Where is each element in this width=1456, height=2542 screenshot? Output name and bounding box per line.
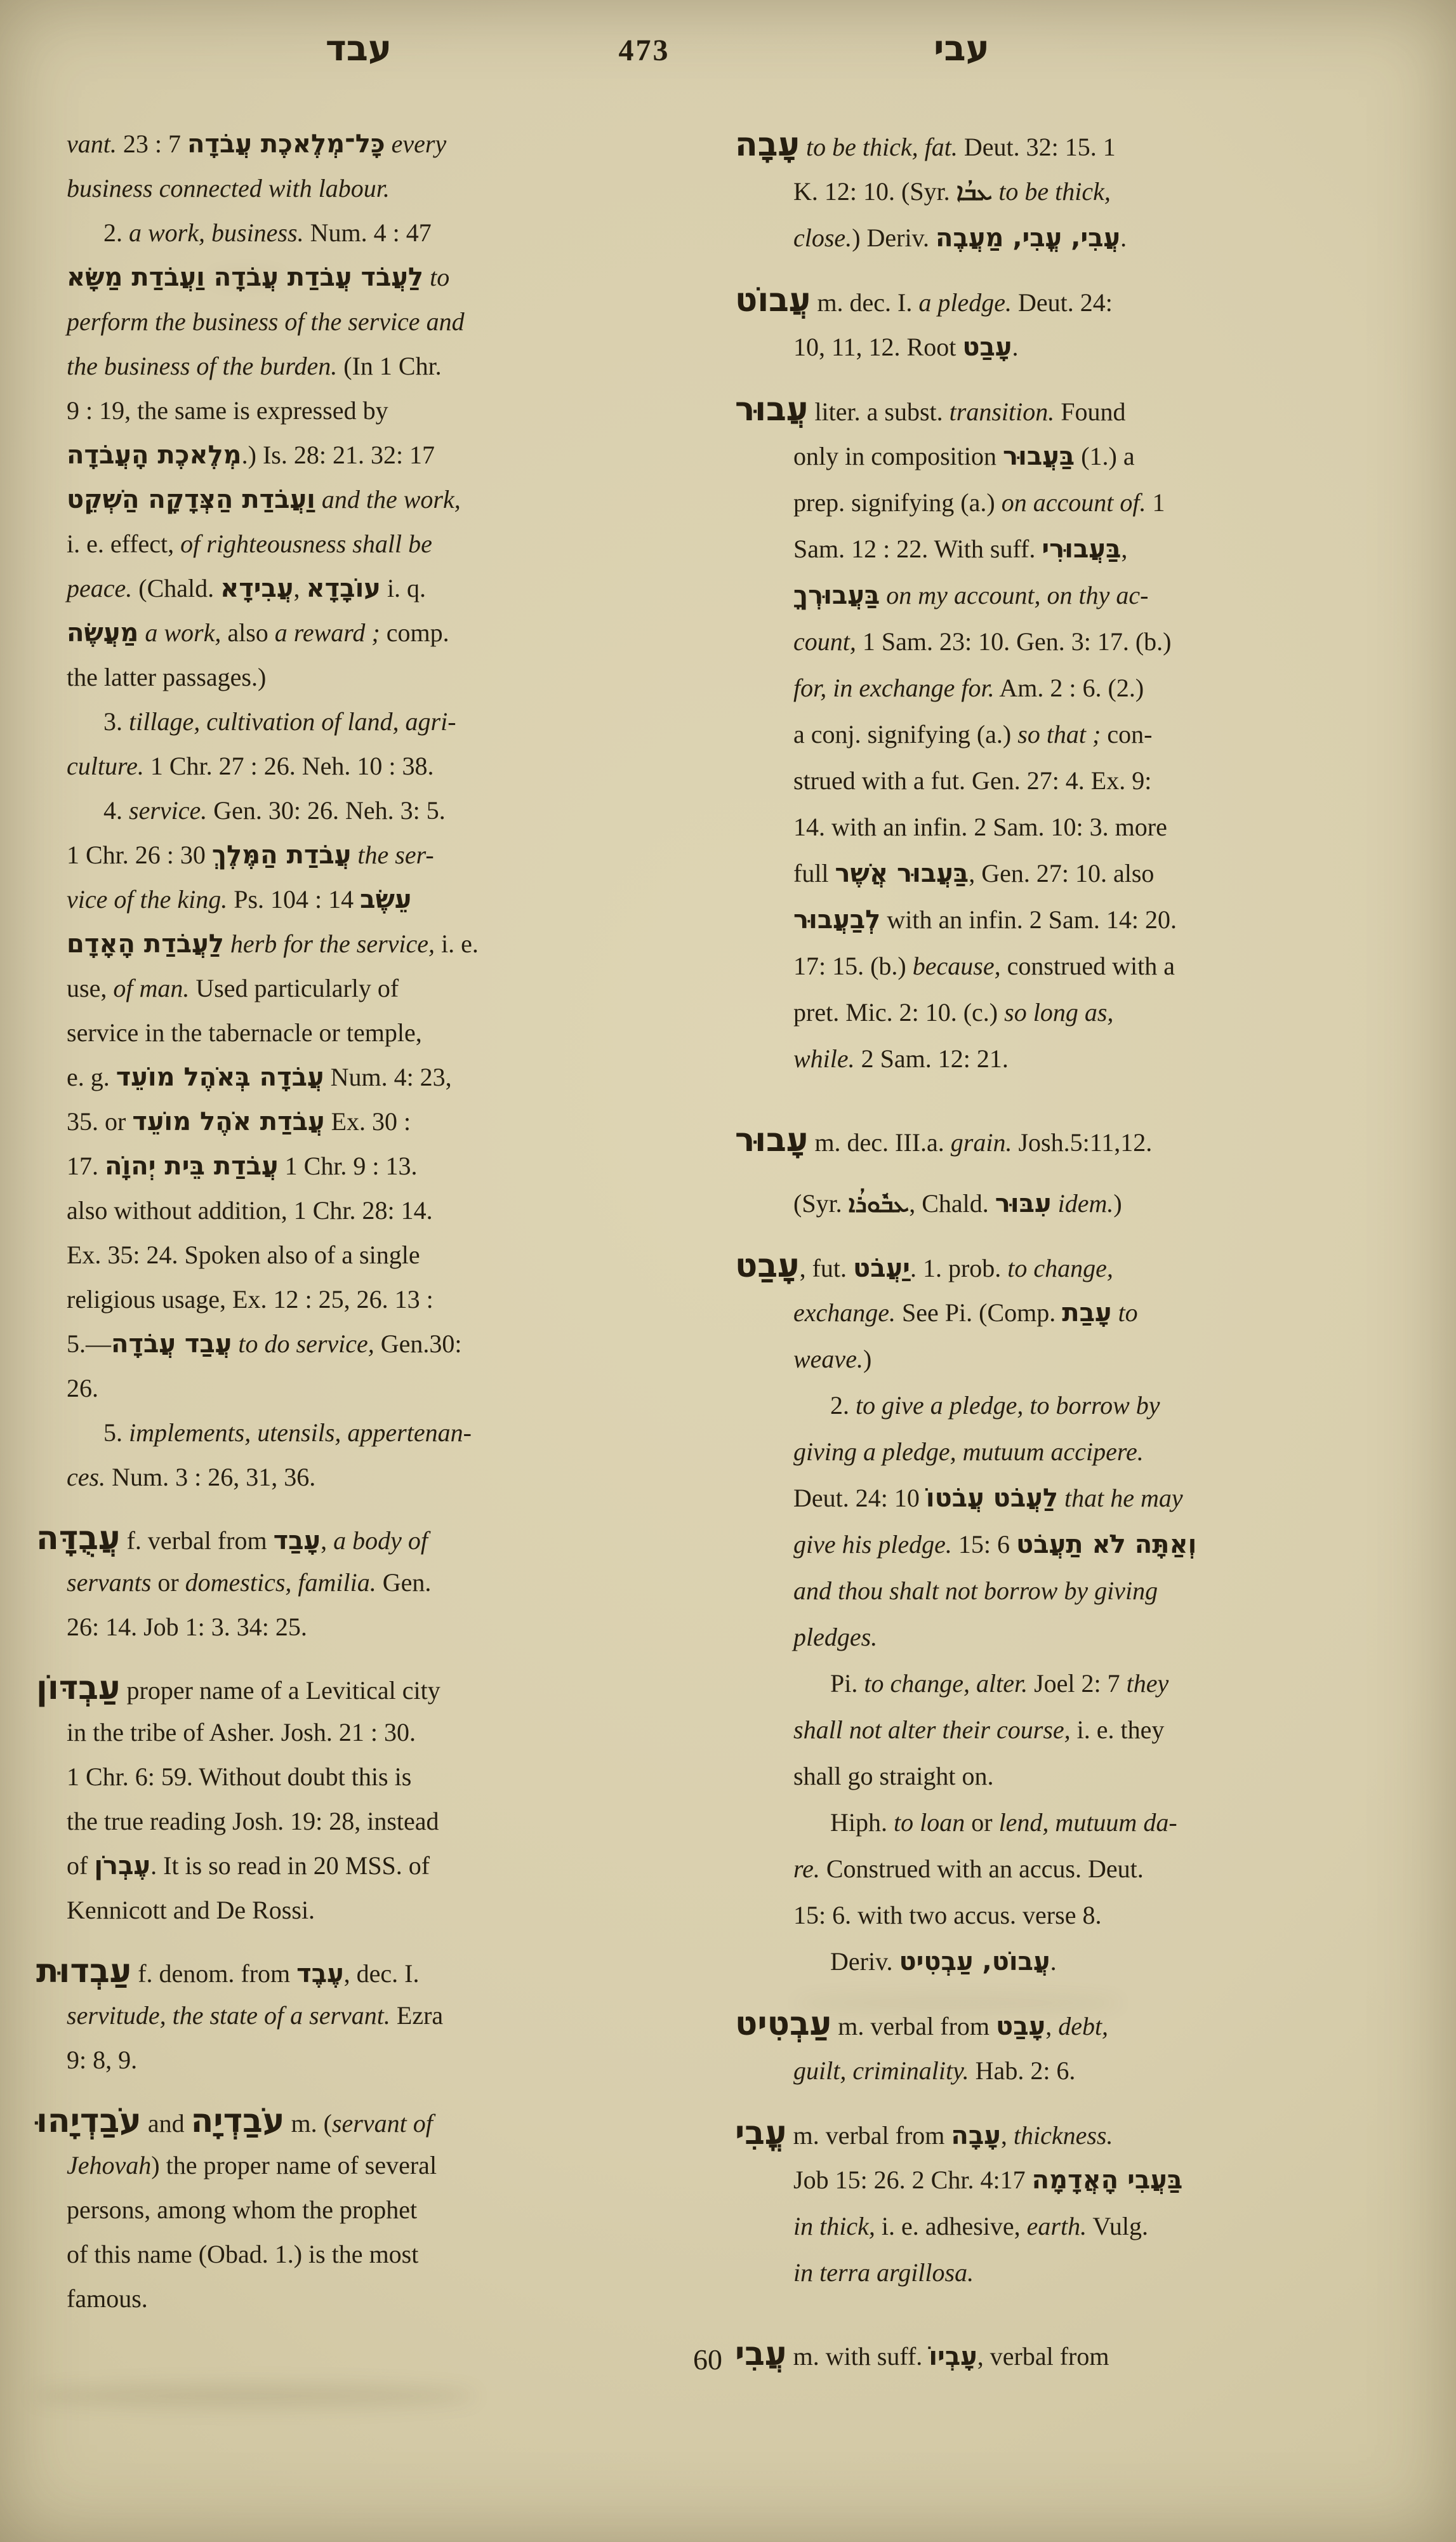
text-line: 35. or עֲבֹדַת אֹהֶל מוֹעֵד Ex. 30 : xyxy=(67,1100,714,1144)
latin-text: transition. xyxy=(950,397,1055,426)
latin-text: servitude, the state of a servant. xyxy=(67,2001,390,2030)
latin-text: Num. 3 : 26, 31, 36. xyxy=(105,1463,315,1491)
text-line: 2. to give a pledge, to borrow by xyxy=(793,1382,1428,1428)
hebrew-text: עָבַד xyxy=(274,1526,321,1555)
latin-text: so long as, xyxy=(1004,998,1113,1027)
text-line: business connected with labour. xyxy=(67,166,714,211)
text-line: Deut. 24: 10 לַעֲבֹט עֲבֹטוֹ that he may xyxy=(793,1475,1428,1521)
latin-text: earth. xyxy=(1027,2212,1087,2240)
text-line: full בַּעֲבוּר אֲשֶׁר, Gen. 27: 10. also xyxy=(793,850,1428,896)
text-line: in the tribe of Asher. Josh. 21 : 30. xyxy=(67,1710,714,1755)
latin-text: Jehovah xyxy=(67,2151,151,2179)
latin-text: business connected with labour. xyxy=(67,174,390,203)
latin-text: culture. xyxy=(67,752,144,780)
text-line: while. 2 Sam. 12: 21. xyxy=(793,1035,1428,1082)
latin-text: , xyxy=(1045,2012,1058,2040)
latin-text: Kennicott and De Rossi. xyxy=(67,1896,315,1924)
hebrew-text: לְבַעֲבוּר xyxy=(793,905,880,935)
hebrew-text: עִבּוּר xyxy=(995,1189,1052,1218)
latin-text: , verbal from xyxy=(977,2342,1109,2371)
latin-text: a body of xyxy=(333,1526,428,1555)
latin-text: Joel 2: 7 xyxy=(1028,1669,1127,1698)
hebrew-text: יַעֲבֹט xyxy=(853,1254,910,1283)
hebrew-text: לַעֲבֹט עֲבֹטוֹ xyxy=(926,1484,1058,1513)
latin-text: ) Deriv. xyxy=(852,223,936,252)
latin-text: a reward ; xyxy=(275,618,380,647)
latin-text: 4. xyxy=(103,796,129,825)
latin-text: f. denom. from xyxy=(131,1959,296,1988)
latin-text: in the tribe of Asher. Josh. 21 : 30. xyxy=(67,1718,416,1747)
scan-smudge xyxy=(793,1993,1123,2013)
signature-number: 60 xyxy=(654,2343,762,2376)
text-line: Pi. to change, alter. Joel 2: 7 they xyxy=(793,1660,1428,1707)
hebrew-headword: עֲבוּר xyxy=(735,390,808,429)
latin-text: every xyxy=(385,130,447,158)
latin-text: they xyxy=(1127,1669,1169,1698)
text-line: close.) Deriv. עֲבִי, עֳבִי, מַעֲבֶה. xyxy=(793,215,1428,261)
latin-text: to change, xyxy=(1007,1254,1113,1282)
text-line: shall go straight on. xyxy=(793,1753,1428,1799)
hebrew-text: עֲבַד עֲבֹדָה xyxy=(111,1329,232,1359)
latin-text: i. q. xyxy=(381,574,426,602)
latin-text: ces. xyxy=(67,1463,105,1491)
text-line: also without addition, 1 Chr. 28: 14. xyxy=(67,1188,714,1233)
text-line: exchange. See Pi. (Comp. עָבַת to xyxy=(793,1289,1428,1336)
latin-text: m. dec. I. xyxy=(811,288,918,317)
latin-text: to give a pledge, to borrow by xyxy=(856,1391,1160,1420)
latin-text: m. dec. III.a. xyxy=(808,1128,950,1157)
latin-text xyxy=(1112,1298,1118,1327)
latin-text: Deut. 24: xyxy=(1012,288,1113,317)
latin-text: Used particularly of xyxy=(189,974,399,1002)
latin-text: servants xyxy=(67,1568,151,1597)
latin-text: i. e. effect, xyxy=(67,529,180,558)
latin-text: and xyxy=(142,2109,191,2138)
latin-text: of xyxy=(67,1851,94,1880)
hebrew-text: עֲבֹדַת אֹהֶל מוֹעֵד xyxy=(132,1107,324,1136)
text-line: עָבוּר m. dec. III.a. grain. Josh.5:11,1… xyxy=(735,1117,1428,1164)
latin-text: the ser- xyxy=(351,841,433,869)
latin-text: on my account, on thy ac- xyxy=(886,581,1148,609)
text-line: famous. xyxy=(67,2277,714,2321)
latin-text: , xyxy=(1121,535,1127,563)
text-line: religious usage, Ex. 12 : 25, 26. 13 : xyxy=(67,1277,714,1322)
text-line: i. e. effect, of righteousness shall be xyxy=(67,522,714,566)
latin-text: Deut. 24: 10 xyxy=(793,1484,926,1512)
hebrew-text: עָבָה xyxy=(951,2121,1000,2150)
latin-text xyxy=(1058,1484,1064,1512)
latin-text: thickness. xyxy=(1014,2121,1113,2150)
text-line: ces. Num. 3 : 26, 31, 36. xyxy=(67,1455,714,1500)
hebrew-headword: עַבְדּוֹן xyxy=(36,1669,121,1707)
hebrew-headword: עָבוּר xyxy=(735,1121,808,1159)
latin-text: , xyxy=(294,574,307,602)
latin-text: Found xyxy=(1054,397,1125,426)
text-line: of this name (Obad. 1.) is the most xyxy=(67,2232,714,2277)
text-line: the business of the burden. (In 1 Chr. xyxy=(67,344,714,389)
latin-text: 15: 6 xyxy=(952,1530,1016,1559)
latin-text: a work, xyxy=(145,618,221,647)
text-line: Hiph. to loan or lend, mutuum da- xyxy=(793,1799,1428,1846)
latin-text: a conj. signifying (a.) xyxy=(793,720,1017,749)
latin-text: . xyxy=(1120,223,1127,252)
text-line: vant. 23 : 7 כָּל־מְלֶאכֶת עֲבֹדָה every xyxy=(67,122,714,166)
hebrew-headword: עָבַט xyxy=(735,1247,800,1285)
hebrew-text: עָבְיוֹ xyxy=(929,2342,977,2371)
latin-text: Pi. xyxy=(830,1669,864,1698)
hebrew-text: וְאַתָּה לֹא תַעֲבֹט xyxy=(1016,1530,1196,1559)
hebrew-headword: עֹבַדְיָהוּ xyxy=(36,2102,142,2140)
hebrew-text: עֲבֹדַת הַמֶּלֶךְ xyxy=(212,841,351,870)
text-line: guilt, criminality. Hab. 2: 6. xyxy=(793,2047,1428,2094)
text-line: prep. signifying (a.) on account of. 1 xyxy=(793,479,1428,526)
latin-text: shall not alter their course, xyxy=(793,1715,1071,1744)
hebrew-text: מַעֲשֶׂה xyxy=(67,618,138,648)
right-column: עָבָה to be thick, fat. Deut. 32: 15. 1K… xyxy=(793,122,1428,2378)
latin-text: , xyxy=(321,1526,333,1555)
latin-text: f. verbal from xyxy=(121,1526,274,1555)
latin-text: because, xyxy=(913,952,1001,980)
latin-text: ) xyxy=(863,1345,871,1373)
latin-text: tillage, cultivation of land, agri- xyxy=(129,707,456,736)
text-line: of עֶבְרֹן. It is so read in 20 MSS. of xyxy=(67,1844,714,1888)
latin-text: a pledge. xyxy=(918,288,1012,317)
text-line: לְבַעֲבוּר with an infin. 2 Sam. 14: 20. xyxy=(793,896,1428,943)
latin-text: m. with suff. xyxy=(787,2342,929,2371)
hebrew-text: בַּעֲבוּרְךָ xyxy=(793,581,880,610)
text-line: 9: 8, 9. xyxy=(67,2038,714,2082)
latin-text: to xyxy=(423,263,449,291)
latin-text: Josh.5:11,12. xyxy=(1012,1128,1152,1157)
hebrew-headword: עֲבוֹט xyxy=(735,281,811,319)
text-line: 15: 6. with two accus. verse 8. xyxy=(793,1892,1428,1938)
text-line: לַעֲבֹד עֲבֹדַת עֲבֹדָה וַעֲבֹדַת מַשָּׂ… xyxy=(67,255,714,300)
latin-text: herb for the service, xyxy=(230,929,435,958)
latin-text: i. e. xyxy=(435,929,479,958)
latin-text: K. 12: 10. (Syr. xyxy=(793,177,956,206)
text-line: 1 Chr. 6: 59. Without doubt this is xyxy=(67,1755,714,1799)
latin-text: to loan xyxy=(894,1808,965,1837)
text-line: culture. 1 Chr. 27 : 26. Neh. 10 : 38. xyxy=(67,744,714,789)
text-line: עֹבַדְיָהוּ and עֹבַדְיָה m. (servant of xyxy=(36,2099,714,2143)
latin-text: 1 xyxy=(1146,488,1165,517)
latin-text: 1 Chr. 9 : 13. xyxy=(279,1152,418,1180)
latin-text: Ezra xyxy=(390,2001,443,2030)
latin-text: Deriv. xyxy=(830,1947,899,1976)
latin-text xyxy=(1052,1189,1058,1218)
text-line: e. g. עֲבֹדָה בְּאֹהֶל מוֹעֵד Num. 4: 23… xyxy=(67,1055,714,1100)
text-line: give his pledge. 15: 6 וְאַתָּה לֹא תַעֲ… xyxy=(793,1521,1428,1567)
text-line: in terra argillosa. xyxy=(793,2249,1428,2296)
text-line: Kennicott and De Rossi. xyxy=(67,1888,714,1933)
latin-text: peace. xyxy=(67,574,132,602)
page-number: 473 xyxy=(587,33,701,68)
text-line: servitude, the state of a servant. Ezra xyxy=(67,1993,714,2038)
text-line: עֳבִי m. verbal from עָבָה, thickness. xyxy=(735,2110,1428,2157)
latin-text: 35. or xyxy=(67,1107,132,1136)
latin-text: Hab. 2: 6. xyxy=(969,2056,1076,2085)
text-line: persons, among whom the prophet xyxy=(67,2188,714,2232)
latin-text: Num. 4 : 47 xyxy=(304,218,432,247)
latin-text: the true reading Josh. 19: 28, instead xyxy=(67,1807,439,1835)
latin-text: . xyxy=(1012,333,1018,361)
latin-text: prep. signifying (a.) xyxy=(793,488,1002,517)
latin-text: Construed with an accus. Deut. xyxy=(820,1854,1144,1883)
hebrew-headword: עֲבֻדָּה xyxy=(36,1519,121,1557)
text-line: Sam. 12 : 22. With suff. בַּעֲבוּרִי, xyxy=(793,526,1428,572)
text-line: עֲבוֹט m. dec. I. a pledge. Deut. 24: xyxy=(735,277,1428,324)
latin-text: 2. xyxy=(830,1391,856,1420)
latin-text: to do service, xyxy=(238,1329,374,1358)
latin-text: and the work, xyxy=(315,485,461,514)
hebrew-text: עֶבֶד xyxy=(296,1959,344,1988)
hebrew-text: בַּעֲבוּר xyxy=(1003,442,1075,471)
latin-text: idem. xyxy=(1058,1189,1114,1218)
latin-text: for, in exchange for. xyxy=(793,674,995,702)
latin-text: 26: 14. Job 1: 3. 34: 25. xyxy=(67,1613,307,1641)
latin-text: the business of the burden. xyxy=(67,352,337,380)
text-line: for, in exchange for. Am. 2 : 6. (2.) xyxy=(793,665,1428,711)
text-line: עֲבֻדָּה f. verbal from עָבַד, a body of xyxy=(36,1516,714,1560)
latin-text: Gen. xyxy=(376,1568,432,1597)
latin-text: to xyxy=(1118,1298,1138,1327)
latin-text xyxy=(138,618,145,647)
latin-text: count, xyxy=(793,627,856,656)
latin-text: while. xyxy=(793,1044,855,1073)
text-line: עַבְדוּת f. denom. from עֶבֶד, dec. I. xyxy=(36,1949,714,1993)
text-line: עָבַט, fut. יַעֲבֹט. 1. prob. to change, xyxy=(735,1243,1428,1289)
scan-smudge xyxy=(32,2384,476,2408)
latin-text: Vulg. xyxy=(1087,2212,1148,2240)
latin-text: con- xyxy=(1101,720,1152,749)
hebrew-text: עָבַט xyxy=(962,333,1012,362)
text-line: 5.—עֲבַד עֲבֹדָה to do service, Gen.30: xyxy=(67,1322,714,1366)
latin-text: give his pledge. xyxy=(793,1530,952,1559)
latin-text: full xyxy=(793,859,835,888)
latin-text xyxy=(800,133,806,161)
hebrew-text: וַעֲבֹדַת הַצְּדָקָה הַשְׁקֵט xyxy=(67,485,315,514)
latin-text: 1 Chr. 27 : 26. Neh. 10 : 38. xyxy=(144,752,434,780)
latin-text: Deut. 32: 15. 1 xyxy=(958,133,1116,161)
latin-text: weave. xyxy=(793,1345,863,1373)
hebrew-headword: עֹבַדְיָה xyxy=(191,2102,285,2140)
text-line: מְלֶאכֶת הָעֲבֹדָה.) Is. 28: 21. 32: 17 xyxy=(67,433,714,477)
text-line: K. 12: 10. (Syr. ܥܒܳܐ to be thick, xyxy=(793,168,1428,215)
text-line: עֲבוּר liter. a subst. transition. Found xyxy=(735,387,1428,433)
latin-text: See Pi. (Comp. xyxy=(896,1298,1062,1327)
text-line: re. Construed with an accus. Deut. xyxy=(793,1846,1428,1892)
text-line: (Syr. ܥܒܽܘܪܳܐ, Chald. עִבּוּר idem.) xyxy=(793,1180,1428,1227)
lexicon-page: עבד 473 עבי vant. 23 : 7 כָּל־מְלֶאכֶת ע… xyxy=(0,0,1456,2542)
hebrew-text: עֲבֹדַת בֵּית יְהוָֹה xyxy=(105,1152,279,1181)
latin-text: service. xyxy=(129,796,207,825)
latin-text: giving a pledge, mutuum accipere. xyxy=(793,1437,1144,1466)
latin-text: comp. xyxy=(380,618,449,647)
latin-text: Ps. 104 : 14 xyxy=(227,885,360,914)
hebrew-text: עֲבִי, עֳבִי, מַעֲבֶה xyxy=(936,223,1120,253)
latin-text: Sam. 12 : 22. With suff. xyxy=(793,535,1042,563)
latin-text: of righteousness shall be xyxy=(180,529,432,558)
latin-text: vice of the king. xyxy=(67,885,227,914)
latin-text: 17: 15. (b.) xyxy=(793,952,913,980)
latin-text: (Syr. xyxy=(793,1189,849,1218)
latin-text: and thou shalt not borrow by giving xyxy=(793,1576,1158,1605)
text-line: 14. with an infin. 2 Sam. 10: 3. more xyxy=(793,804,1428,850)
latin-text: religious usage, Ex. 12 : 25, 26. 13 : xyxy=(67,1285,433,1314)
text-line: the true reading Josh. 19: 28, instead xyxy=(67,1799,714,1844)
latin-text xyxy=(992,177,998,206)
hebrew-text: בַּעֲבוּרִי xyxy=(1042,535,1121,564)
latin-text: 5. xyxy=(103,1418,129,1447)
latin-text: 23 : 7 xyxy=(117,130,187,158)
text-line: 4. service. Gen. 30: 26. Neh. 3: 5. xyxy=(67,789,714,833)
latin-text: so that ; xyxy=(1017,720,1101,749)
latin-text: (Chald. xyxy=(132,574,220,602)
latin-text: only in composition xyxy=(793,442,1003,470)
hebrew-text: עֶבְרֹן xyxy=(94,1851,150,1880)
text-line: giving a pledge, mutuum accipere. xyxy=(793,1428,1428,1475)
latin-text: (In 1 Chr. xyxy=(337,352,441,380)
latin-text: strued with a fut. Gen. 27: 4. Ex. 9: xyxy=(793,766,1151,795)
latin-text: m. ( xyxy=(285,2109,332,2138)
latin-text: Num. 4: 23, xyxy=(324,1063,452,1091)
latin-text: 2. xyxy=(103,218,129,247)
latin-text: 9: 8, 9. xyxy=(67,2046,137,2074)
latin-text: Ex. 35: 24. Spoken also of a single xyxy=(67,1241,420,1269)
latin-text: or xyxy=(151,1568,185,1597)
latin-text: , Chald. xyxy=(909,1189,995,1218)
latin-text: 14. with an infin. 2 Sam. 10: 3. more xyxy=(793,813,1167,841)
latin-text: close. xyxy=(793,223,852,252)
latin-text: proper name of a Levitical city xyxy=(121,1676,440,1705)
text-line: Deriv. עֲבוֹט, עַבְטִיט. xyxy=(793,1938,1428,1985)
latin-text: 1 Sam. 23: 10. Gen. 3: 17. (b.) xyxy=(856,627,1172,656)
latin-text: 5.— xyxy=(67,1329,111,1358)
latin-text: vant. xyxy=(67,130,117,158)
latin-text xyxy=(880,581,886,609)
latin-text: Gen.30: xyxy=(374,1329,462,1358)
latin-text: debt, xyxy=(1058,2012,1108,2040)
text-line: 9 : 19, the same is expressed by xyxy=(67,389,714,433)
text-line: לַעֲבֹדַת הָאָדָם herb for the service, … xyxy=(67,922,714,966)
hebrew-text: מְלֶאכֶת הָעֲבֹדָה xyxy=(67,441,242,470)
latin-text: pledges. xyxy=(793,1623,877,1651)
latin-text: 3. xyxy=(103,707,129,736)
hebrew-headword: עָבָה xyxy=(735,126,800,164)
latin-text: Job 15: 26. 2 Chr. 4:17 xyxy=(793,2166,1032,2194)
text-line: 26. xyxy=(67,1366,714,1411)
hebrew-headword: עֳבִי xyxy=(735,2114,787,2152)
latin-text: liter. a subst. xyxy=(808,397,949,426)
latin-text: , xyxy=(1001,2121,1014,2150)
hebrew-headword: עַבְטִיט xyxy=(735,2005,831,2043)
latin-text: 26. xyxy=(67,1374,98,1402)
hebrew-text: בַּעֲבוּר אֲשֶׁר xyxy=(835,859,969,888)
latin-text: ) the proper name of several xyxy=(151,2151,437,2179)
hebrew-text: עֲבִידָא xyxy=(220,574,293,603)
latin-text: , Gen. 27: 10. also xyxy=(969,859,1154,888)
text-line: בַּעֲבוּרְךָ on my account, on thy ac- xyxy=(793,572,1428,618)
scan-smudge xyxy=(209,273,286,283)
latin-text: implements, utensils, appertenan- xyxy=(129,1418,472,1447)
latin-text: domestics, familia. xyxy=(185,1568,376,1597)
latin-text: to be thick, xyxy=(998,177,1111,206)
text-line: a conj. signifying (a.) so that ; con- xyxy=(793,711,1428,757)
text-line: only in composition בַּעֲבוּר (1.) a xyxy=(793,433,1428,479)
latin-text: Ex. 30 : xyxy=(325,1107,411,1136)
text-line: Job 15: 26. 2 Chr. 4:17 בַּעֲבִי הָאֲדָמ… xyxy=(793,2157,1428,2203)
hebrew-headword: עַבְדוּת xyxy=(36,1952,131,1990)
text-line: 26: 14. Job 1: 3. 34: 25. xyxy=(67,1605,714,1649)
latin-text: ) xyxy=(1113,1189,1122,1218)
latin-text: (1.) a xyxy=(1075,442,1134,470)
text-line: Jehovah) the proper name of several xyxy=(67,2143,714,2188)
latin-text: famous. xyxy=(67,2284,148,2313)
left-column: vant. 23 : 7 כָּל־מְלֶאכֶת עֲבֹדָה every… xyxy=(67,122,714,2321)
text-line: shall not alter their course, i. e. they xyxy=(793,1707,1428,1753)
hebrew-text: עֲבוֹט, עַבְטִיט xyxy=(899,1947,1050,1976)
latin-text xyxy=(232,1329,238,1358)
latin-text xyxy=(224,929,230,958)
latin-text: servant of xyxy=(332,2109,433,2138)
latin-text: to be thick, fat. xyxy=(806,133,958,161)
latin-text: 1 Chr. 6: 59. Without doubt this is xyxy=(67,1762,411,1791)
latin-text: the latter passages.) xyxy=(67,663,266,691)
hebrew-text: עָבַט xyxy=(996,2012,1045,2041)
latin-text: also xyxy=(221,618,274,647)
text-line: count, 1 Sam. 23: 10. Gen. 3: 17. (b.) xyxy=(793,618,1428,665)
text-line: use, of man. Used particularly of xyxy=(67,966,714,1011)
text-line: 1 Chr. 26 : 30 עֲבֹדַת הַמֶּלֶךְ the ser… xyxy=(67,833,714,877)
text-line: 17. עֲבֹדַת בֵּית יְהוָֹה 1 Chr. 9 : 13. xyxy=(67,1144,714,1188)
text-line: וַעֲבֹדַת הַצְּדָקָה הַשְׁקֵט and the wo… xyxy=(67,477,714,522)
text-line: the latter passages.) xyxy=(67,655,714,700)
latin-text: construed with a xyxy=(1001,952,1175,980)
text-line: 10, 11, 12. Root עָבַט. xyxy=(793,324,1428,370)
text-line: vice of the king. Ps. 104 : 14 עֵשֶׂב xyxy=(67,877,714,922)
hebrew-text: עֲבֹדָה בְּאֹהֶל מוֹעֵד xyxy=(116,1063,324,1092)
text-line: מַעֲשֶׂה a work, also a reward ; comp. xyxy=(67,611,714,655)
hebrew-text: עָבַת xyxy=(1062,1298,1111,1328)
latin-text: , fut. xyxy=(800,1254,853,1282)
syriac-text: ܥܒܳܐ xyxy=(956,178,993,206)
text-line: pledges. xyxy=(793,1614,1428,1660)
text-line: 5. implements, utensils, appertenan- xyxy=(67,1411,714,1455)
text-line: weave.) xyxy=(793,1336,1428,1382)
hebrew-text: כָּל־מְלֶאכֶת עֲבֹדָה xyxy=(187,130,385,159)
latin-text: Gen. 30: 26. Neh. 3: 5. xyxy=(207,796,446,825)
latin-text: . It is so read in 20 MSS. of xyxy=(150,1851,430,1880)
latin-text: .) Is. 28: 21. 32: 17 xyxy=(242,441,435,469)
text-line: pret. Mic. 2: 10. (c.) so long as, xyxy=(793,989,1428,1035)
latin-text: m. verbal from xyxy=(831,2012,996,2040)
latin-text: in terra argillosa. xyxy=(793,2258,974,2287)
latin-text: guilt, criminality. xyxy=(793,2056,969,2085)
latin-text: , dec. I. xyxy=(344,1959,420,1988)
latin-text: i. e. they xyxy=(1071,1715,1165,1744)
latin-text: 1 Chr. 26 : 30 xyxy=(67,841,212,869)
latin-text: of man. xyxy=(113,974,189,1002)
latin-text: service in the tabernacle or temple, xyxy=(67,1018,422,1047)
latin-text: also without addition, 1 Chr. 28: 14. xyxy=(67,1196,433,1225)
latin-text: grain. xyxy=(951,1128,1012,1157)
text-line: peace. (Chald. עֲבִידָא, עוֹבָדָא i. q. xyxy=(67,566,714,611)
text-line: Ex. 35: 24. Spoken also of a single xyxy=(67,1233,714,1277)
latin-text: on account of. xyxy=(1002,488,1146,517)
hebrew-text: עֵשֶׂב xyxy=(360,885,411,914)
text-line: 2. a work, business. Num. 4 : 47 xyxy=(67,211,714,255)
latin-text: that he may xyxy=(1064,1484,1183,1512)
